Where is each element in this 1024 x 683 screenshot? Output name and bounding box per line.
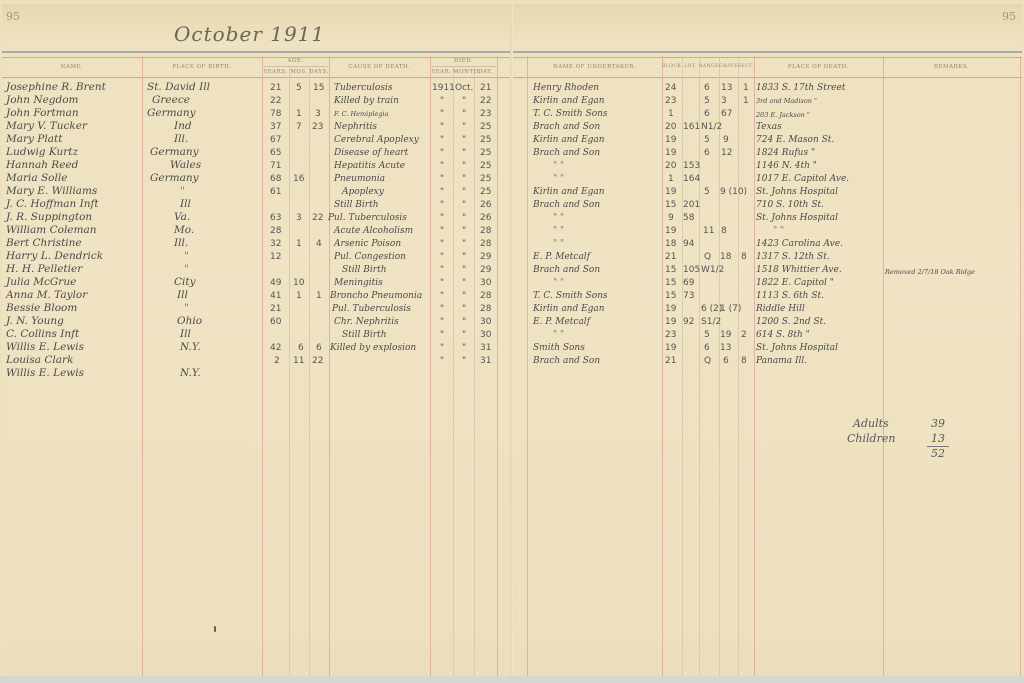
record-month: ": [462, 316, 466, 329]
record-year: ": [440, 173, 444, 186]
record-range: 5: [704, 134, 710, 147]
record-range: 5: [704, 95, 710, 108]
record-month: ": [462, 121, 466, 134]
record-block: 23: [665, 95, 676, 108]
record-mos: 5: [296, 82, 302, 95]
record-month: ": [462, 238, 466, 251]
record-undertaker: " ": [553, 277, 564, 290]
col-divider: [754, 56, 755, 676]
record-day: 26: [480, 212, 491, 225]
record-sect: 2: [741, 329, 747, 342]
col-divider: [289, 66, 290, 676]
record-mos: 7: [296, 121, 302, 134]
record-block: 19: [665, 225, 676, 238]
record-place-of-death: 1200 S. 2nd St.: [756, 316, 826, 329]
record-block: 21: [665, 355, 676, 368]
record-cause: Pul. Tuberculosis: [328, 212, 407, 225]
header-cause-of-death: CAUSE OF DEATH.: [329, 64, 430, 70]
record-grave: 6: [723, 355, 729, 368]
adults-label: Adults: [853, 417, 889, 430]
record-mos: 1: [296, 290, 302, 303]
record-month: ": [462, 186, 466, 199]
record-birthplace: Mo.: [174, 224, 194, 237]
record-month: ": [462, 199, 466, 212]
record-years: 2: [274, 355, 280, 368]
record-day: 28: [480, 225, 491, 238]
record-years: 21: [270, 82, 281, 95]
record-name: Ludwig Kurtz: [6, 146, 78, 159]
record-year: ": [440, 290, 444, 303]
record-years: 22: [270, 95, 281, 108]
record-range: Q: [704, 355, 711, 368]
record-name: Mary V. Tucker: [6, 120, 87, 133]
record-block: 18: [665, 238, 676, 251]
record-name: Willis E. Lewis: [6, 367, 84, 380]
record-lot: 92: [683, 316, 694, 329]
record-mos: 3: [296, 212, 302, 225]
record-birthplace: St. David Ill: [147, 81, 210, 94]
record-cause: Chr. Nephritis: [334, 316, 399, 329]
record-days: 15: [313, 82, 324, 95]
record-birthplace: Germany: [150, 172, 199, 185]
record-day: 23: [480, 108, 491, 121]
record-month: ": [462, 147, 466, 160]
record-grave: 9 (10): [720, 186, 747, 199]
record-place-of-death: 3rd and Madison ": [756, 95, 817, 108]
record-cause: Hepatitis Acute: [334, 160, 405, 173]
record-days: 22: [312, 212, 323, 225]
record-block: 19: [665, 186, 676, 199]
record-undertaker: Kirlin and Egan: [533, 95, 605, 108]
record-name: Hannah Reed: [6, 159, 78, 172]
record-month: ": [462, 303, 466, 316]
record-day: 31: [480, 342, 491, 355]
record-range: N1/2: [701, 121, 722, 134]
record-place-of-death: Texas: [756, 121, 782, 134]
record-birthplace: ": [184, 263, 189, 276]
children-count: 13: [931, 432, 945, 445]
record-grave: 13: [721, 82, 732, 95]
record-place-of-death: 614 S. 8th ": [756, 329, 810, 342]
record-sect: 8: [741, 355, 747, 368]
record-year: ": [440, 225, 444, 238]
record-undertaker: Smith Sons: [533, 342, 585, 355]
record-day: 25: [480, 173, 491, 186]
record-lot: 161: [683, 121, 700, 134]
record-name: J. R. Suppington: [6, 211, 92, 224]
header-block: BLOCK.: [662, 64, 682, 69]
record-day: 30: [480, 329, 491, 342]
record-cause: Disease of heart: [334, 147, 408, 160]
record-undertaker: Brach and Son: [533, 199, 600, 212]
record-years: 21: [270, 303, 281, 316]
record-mos: 16: [293, 173, 304, 186]
record-years: 42: [270, 342, 281, 355]
col-divider: [883, 56, 884, 676]
record-place-of-death: 1423 Carolina Ave.: [756, 238, 843, 251]
record-birthplace: Ill.: [174, 133, 188, 146]
ink-mark: [214, 626, 216, 632]
record-grave: 19: [720, 329, 731, 342]
record-birthplace: Wales: [170, 159, 201, 172]
record-year: ": [440, 277, 444, 290]
record-range: W1/2: [701, 264, 724, 277]
record-month: ": [462, 173, 466, 186]
record-name: William Coleman: [6, 224, 97, 237]
record-undertaker: Brach and Son: [533, 147, 600, 160]
record-block: 24: [665, 82, 676, 95]
record-days: 3: [315, 108, 321, 121]
record-cause: Broncho Pneumonia: [330, 290, 422, 303]
record-cause: Pneumonia: [334, 173, 385, 186]
record-mos: 1: [296, 238, 302, 251]
record-cause: Meningitis: [334, 277, 383, 290]
record-year: ": [440, 121, 444, 134]
col-divider: [430, 56, 431, 676]
record-lot: 69: [683, 277, 694, 290]
record-days: 23: [312, 121, 323, 134]
record-years: 28: [270, 225, 281, 238]
record-month: ": [462, 277, 466, 290]
record-year: ": [440, 95, 444, 108]
record-birthplace: ": [184, 250, 189, 263]
header-place-of-birth: PLACE OF BIRTH.: [142, 64, 262, 70]
record-grave: 13: [720, 342, 731, 355]
record-sect: 1: [743, 82, 749, 95]
record-birthplace: Ill: [180, 328, 191, 341]
record-block: 21: [665, 251, 676, 264]
col-divider: [474, 66, 475, 676]
record-undertaker: Brach and Son: [533, 121, 600, 134]
record-place-of-death: 710 S. 10th St.: [756, 199, 824, 212]
record-cause: Still Birth: [342, 329, 387, 342]
record-grave: 8: [721, 225, 727, 238]
record-undertaker: Brach and Son: [533, 355, 600, 368]
record-undertaker: Kirlin and Egan: [533, 186, 605, 199]
record-day: 28: [480, 303, 491, 316]
record-birthplace: Ill: [177, 289, 188, 302]
record-year: 1911: [432, 82, 455, 95]
died-subrule: [432, 66, 496, 67]
record-birthplace: Ind: [174, 120, 192, 133]
record-undertaker: E. P. Metcalf: [533, 251, 590, 264]
record-month: ": [462, 108, 466, 121]
record-name: J. N. Young: [6, 315, 64, 328]
record-month: ": [462, 342, 466, 355]
col-divider: [497, 56, 498, 676]
col-divider: [682, 56, 683, 676]
record-years: 68: [270, 173, 281, 186]
record-block: 1: [668, 108, 674, 121]
record-year: ": [440, 147, 444, 160]
record-name: Willis E. Lewis: [6, 341, 84, 354]
record-block: 1: [668, 173, 674, 186]
record-lot: 201: [683, 199, 700, 212]
record-cause: Still Birth: [334, 199, 379, 212]
record-range: 6: [704, 342, 710, 355]
record-block: 23: [665, 329, 676, 342]
record-block: 19: [665, 147, 676, 160]
record-undertaker: T. C. Smith Sons: [533, 108, 608, 121]
record-block: 20: [665, 121, 676, 134]
record-mos: 10: [293, 277, 304, 290]
record-birthplace: City: [174, 276, 196, 289]
record-year: ": [440, 329, 444, 342]
record-year: ": [440, 186, 444, 199]
header-age-years: YEARS.: [262, 69, 289, 75]
record-block: 15: [665, 199, 676, 212]
record-month: Oct.: [455, 82, 473, 95]
record-day: 30: [480, 277, 491, 290]
record-birthplace: Ohio: [177, 315, 202, 328]
record-month: ": [462, 134, 466, 147]
record-year: ": [440, 199, 444, 212]
record-undertaker: Brach and Son: [533, 264, 600, 277]
record-block: 15: [665, 290, 676, 303]
record-block: 20: [665, 160, 676, 173]
col-divider: [309, 66, 310, 676]
record-month: ": [462, 160, 466, 173]
record-mos: 6: [298, 342, 304, 355]
record-birthplace: ": [184, 302, 189, 315]
record-year: ": [440, 316, 444, 329]
col-divider: [329, 56, 330, 676]
record-place-of-death: Panama Ill.: [756, 355, 807, 368]
record-birthplace: ": [180, 185, 185, 198]
record-day: 28: [480, 290, 491, 303]
col-divider: [453, 66, 454, 676]
record-range: 11: [703, 225, 714, 238]
record-undertaker: " ": [553, 160, 564, 173]
ledger-spread: 95 October 1911 NAME. PLACE OF BIRTH. AG…: [0, 0, 1024, 683]
record-name: J. C. Hoffman Inft: [6, 198, 99, 211]
record-month: ": [462, 225, 466, 238]
header-grave: GRAVE.: [719, 64, 738, 69]
record-name: Mary Platt: [6, 133, 62, 146]
record-grave: 67: [721, 108, 732, 121]
adults-count: 39: [931, 417, 945, 430]
record-month: ": [462, 264, 466, 277]
record-birthplace: Va.: [174, 211, 190, 224]
record-year: ": [440, 134, 444, 147]
record-place-of-death: 1824 Rufus ": [756, 147, 815, 160]
record-block: 9: [668, 212, 674, 225]
record-year: ": [440, 238, 444, 251]
record-day: 26: [480, 199, 491, 212]
record-mos: 1: [296, 108, 302, 121]
record-remarks: Removed 2/7/18 Oak Ridge: [885, 266, 975, 279]
record-block: 19: [665, 342, 676, 355]
record-place-of-death: 1017 E. Capitol Ave.: [756, 173, 849, 186]
record-cause: Cerebral Apoplexy: [334, 134, 419, 147]
record-month: ": [462, 212, 466, 225]
record-cause: Nephritis: [334, 121, 377, 134]
col-divider: [738, 56, 739, 676]
record-cause: Killed by explosion: [330, 342, 416, 355]
total-count: 52: [931, 447, 945, 460]
record-place-of-death: St. Johns Hospital: [756, 186, 838, 199]
record-name: Louisa Clark: [6, 354, 73, 367]
record-years: 71: [270, 160, 281, 173]
record-name: C. Collins Inft: [6, 328, 79, 341]
record-day: 31: [480, 355, 491, 368]
record-undertaker: E. P. Metcalf: [533, 316, 590, 329]
header-died: DIED.: [430, 58, 497, 64]
record-place-of-death: 724 E. Mason St.: [756, 134, 834, 147]
record-range: 6: [704, 82, 710, 95]
record-year: ": [440, 264, 444, 277]
record-place-of-death: 1822 E. Capitol ": [756, 277, 834, 290]
col-divider: [527, 56, 528, 676]
record-lot: 58: [683, 212, 694, 225]
record-day: 25: [480, 121, 491, 134]
header-name-of-undertaker: NAME OF UNDERTAKER.: [527, 64, 662, 70]
record-cause: Killed by train: [334, 95, 399, 108]
record-grave: 18: [720, 251, 731, 264]
record-name: John Fortman: [6, 107, 79, 120]
page-bottom-edge: [0, 676, 1024, 683]
record-years: 60: [270, 316, 281, 329]
record-name: Bessie Bloom: [6, 302, 77, 315]
record-day: 22: [480, 95, 491, 108]
record-name: Mary E. Williams: [6, 185, 97, 198]
col-divider: [262, 56, 263, 676]
record-place-of-death: St. Johns Hospital: [756, 342, 838, 355]
record-range: Q: [704, 251, 711, 264]
right-page-number: 95: [1002, 10, 1016, 23]
record-month: ": [462, 290, 466, 303]
record-cause: Tuberculosis: [334, 82, 392, 95]
record-years: 67: [270, 134, 281, 147]
record-month: ": [462, 329, 466, 342]
record-lot: 153: [683, 160, 700, 173]
record-range: S1/2: [701, 316, 721, 329]
record-day: 21: [480, 82, 491, 95]
children-label: Children: [847, 432, 895, 445]
record-undertaker: Kirlin and Egan: [533, 303, 605, 316]
record-years: 78: [270, 108, 281, 121]
record-cause: Pul. Congestion: [334, 251, 406, 264]
record-place-of-death: 1833 S. 17th Street: [756, 82, 845, 95]
col-divider: [142, 56, 143, 676]
record-year: ": [440, 303, 444, 316]
record-undertaker: Henry Rhoden: [533, 82, 599, 95]
record-years: 61: [270, 186, 281, 199]
record-grave: 1 (7): [720, 303, 741, 316]
record-undertaker: Kirlin and Egan: [533, 134, 605, 147]
record-undertaker: " ": [553, 173, 564, 186]
record-lot: 73: [683, 290, 694, 303]
record-place-of-death: " ": [773, 225, 784, 238]
record-birthplace: Ill: [180, 198, 191, 211]
record-name: H. H. Pelletier: [6, 263, 82, 276]
record-cause: Apoplexy: [342, 186, 384, 199]
record-year: ": [440, 160, 444, 173]
record-range: 5: [704, 329, 710, 342]
record-undertaker: T. C. Smith Sons: [533, 290, 608, 303]
record-place-of-death: St. Johns Hospital: [756, 212, 838, 225]
record-year: ": [440, 251, 444, 264]
record-sect: 1: [743, 95, 749, 108]
record-grave: 3: [721, 95, 727, 108]
record-cause: Still Birth: [342, 264, 387, 277]
month-title: October 1911: [174, 22, 325, 46]
record-birthplace: Ill.: [174, 237, 188, 250]
record-mos: 11: [293, 355, 304, 368]
record-undertaker: " ": [553, 329, 564, 342]
record-name: Maria Solle: [6, 172, 67, 185]
record-cause: Pul. Tuberculosis: [332, 303, 411, 316]
record-grave: 9: [723, 134, 729, 147]
col-divider: [719, 56, 720, 676]
header-age-mos: MOS.: [289, 69, 309, 75]
header-died-day: DAY.: [474, 69, 497, 75]
record-block: 19: [665, 134, 676, 147]
record-cause: F. C. Hemiplegia: [334, 108, 388, 121]
header-died-month: MONTH.: [453, 69, 474, 75]
record-day: 25: [480, 186, 491, 199]
record-years: 65: [270, 147, 281, 160]
record-place-of-death: 1113 S. 6th St.: [756, 290, 824, 303]
record-birthplace: Germany: [147, 107, 196, 120]
record-name: John Negdom: [6, 94, 79, 107]
record-lot: 105: [683, 264, 700, 277]
record-sect: 8: [741, 251, 747, 264]
record-block: 19: [665, 316, 676, 329]
record-year: ": [440, 342, 444, 355]
header-died-year: YEAR.: [430, 69, 453, 75]
record-day: 30: [480, 316, 491, 329]
right-page: 95 NAME OF UNDERTAKER. BLOCK. LOT. RANGE…: [513, 4, 1022, 676]
record-days: 1: [316, 290, 322, 303]
record-place-of-death: Riddle Hill: [756, 303, 805, 316]
record-day: 25: [480, 160, 491, 173]
record-name: Josephine R. Brent: [6, 81, 106, 94]
record-days: 6: [316, 342, 322, 355]
record-year: ": [440, 355, 444, 368]
record-birthplace: Greece: [152, 94, 190, 107]
record-grave: 12: [721, 147, 732, 160]
record-day: 29: [480, 264, 491, 277]
record-year: ": [440, 108, 444, 121]
record-years: 37: [270, 121, 281, 134]
record-block: 19: [665, 303, 676, 316]
header-place-of-death: PLACE OF DEATH.: [754, 64, 883, 70]
record-range: 5: [704, 186, 710, 199]
record-years: 12: [270, 251, 281, 264]
record-undertaker: " ": [553, 225, 564, 238]
record-years: 49: [270, 277, 281, 290]
record-month: ": [462, 251, 466, 264]
record-month: ": [462, 95, 466, 108]
record-month: ": [462, 355, 466, 368]
header-rule: [513, 51, 1022, 58]
header-name: NAME.: [2, 64, 142, 70]
left-page: 95 October 1911 NAME. PLACE OF BIRTH. AG…: [2, 4, 513, 676]
record-range: 6: [704, 108, 710, 121]
record-years: 63: [270, 212, 281, 225]
record-name: Harry L. Dendrick: [6, 250, 103, 263]
record-cause: Arsenic Poison: [334, 238, 401, 251]
record-range: 6: [704, 147, 710, 160]
record-birthplace: Germany: [150, 146, 199, 159]
col-divider: [662, 56, 663, 676]
record-days: 22: [312, 355, 323, 368]
record-birthplace: N.Y.: [180, 341, 201, 354]
record-day: 28: [480, 238, 491, 251]
record-block: 15: [665, 277, 676, 290]
header-range: RANGE.: [699, 64, 719, 69]
